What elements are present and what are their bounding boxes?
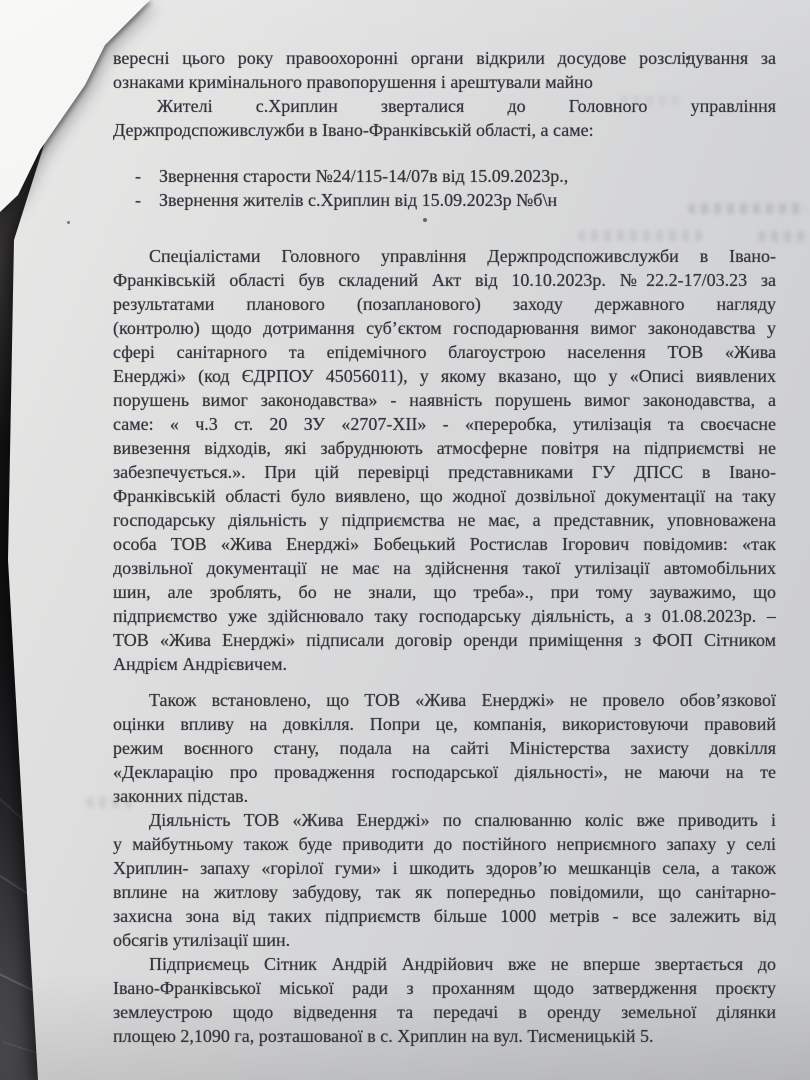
text-line: ознаками кримінального правопорушення і … [113,70,776,94]
text-line: (контролю) щодо дотримання суб’єктом гос… [113,316,776,340]
text-line: Івано-Франківської міської ради з прохан… [113,976,776,1000]
document-text: вересні цього року правоохоронні органи … [113,46,776,1048]
text-line: саме: « ч.3 ст. 20 ЗУ «2707-XII» - «пере… [113,412,776,436]
paragraph-continuation: вересні цього року правоохоронні органи … [113,46,776,94]
paragraph-environmental-assessment: Також встановлено, що ТОВ «Жива Енерджі»… [113,688,776,808]
text-line: дозвільної документації не має на здійсн… [113,556,776,580]
list-appeals: - Звернення старости №24/115-14/07в від … [113,164,776,212]
document-page: вересні цього року правоохоронні органи … [0,0,810,1080]
text-line: Діяльність ТОВ «Жива Енерджі» по спалюва… [113,808,776,832]
text-line: забезпечується.». При цій перевірці пред… [113,460,776,484]
bleedthrough-smudge [688,203,806,214]
ink-speck [686,56,690,60]
text-line: вивезення відходів, які забруднюють атмо… [113,436,776,460]
photo-of-document: вересні цього року правоохоронні органи … [0,0,810,1080]
bleedthrough-smudge [620,95,680,106]
text-line: вересні цього року правоохоронні органи … [113,46,776,70]
text-line: - Звернення жителів с.Хриплин від 15.09.… [113,188,776,212]
paragraph-sitnyk-land-request: Підприємець Сітник Андрій Андрійович вже… [113,952,776,1048]
text-line: результатами планового (позапланового) з… [113,292,776,316]
paragraph-inspection-act: Спеціалістами Головного управління Держп… [113,244,776,676]
bleedthrough-smudge [86,797,138,808]
text-line: Хриплин- запаху «горілої гуми» і шкодить… [113,856,776,880]
ink-speck [423,218,427,222]
text-line: ТОВ «Жива Енерджі» підписали договір оре… [113,628,776,652]
text-line: у майбутньому також буде приводити до по… [113,832,776,856]
bleedthrough-smudge [758,231,806,242]
document-page-wrap: вересні цього року правоохоронні органи … [0,0,810,1080]
ink-speck [67,221,70,224]
text-line: режим воєнного стану, подала на сайті Мі… [113,736,776,760]
text-line: «Декларацію про провадження господарсько… [113,760,776,784]
text-line: Андрієм Андрієвичем. [113,652,776,676]
text-line: законних підстав. [113,784,776,808]
text-line: - Звернення старости №24/115-14/07в від … [113,164,776,188]
text-line: шин, але зроблять, бо не знали, що треба… [113,580,776,604]
text-line: землеустрою щодо відведення та передачі … [113,1000,776,1024]
text-line: обсягів утилізації шин. [113,928,776,952]
text-line: підприємство уже здійснювало таку господ… [113,604,776,628]
text-line: оцінки впливу на довкілля. Попри це, ком… [113,712,776,736]
text-line: сфері санітарного та епідемічного благоу… [113,340,776,364]
text-line: порушень вимог законодавства» - наявніст… [113,388,776,412]
text-line: Енерджі» (код ЄДРПОУ 45056011), у якому … [113,364,776,388]
text-line: особа ТОВ «Жива Енерджі» Бобецький Рости… [113,532,776,556]
bleedthrough-smudge [578,230,706,241]
text-line: господарську діяльність у підприємства н… [113,508,776,532]
text-line: Спеціалістами Головного управління Держп… [113,244,776,268]
text-line: Також встановлено, що ТОВ «Жива Енерджі»… [113,688,776,712]
text-line: Франківській області було виявлено, що ж… [113,484,776,508]
text-line: вплине на житлову забудову, так як попер… [113,880,776,904]
paragraph-impact-on-village: Діяльність ТОВ «Жива Енерджі» по спалюва… [113,808,776,952]
text-line: Держпродспоживслужби в Івано-Франківські… [113,118,776,142]
text-line: захисна зона від таких підприємств більш… [113,904,776,928]
text-line: площею 2,1090 га, розташованої в с. Хрип… [113,1024,776,1048]
text-line: Франківській області був складений Акт в… [113,268,776,292]
text-line: Підприємець Сітник Андрій Андрійович вже… [113,952,776,976]
